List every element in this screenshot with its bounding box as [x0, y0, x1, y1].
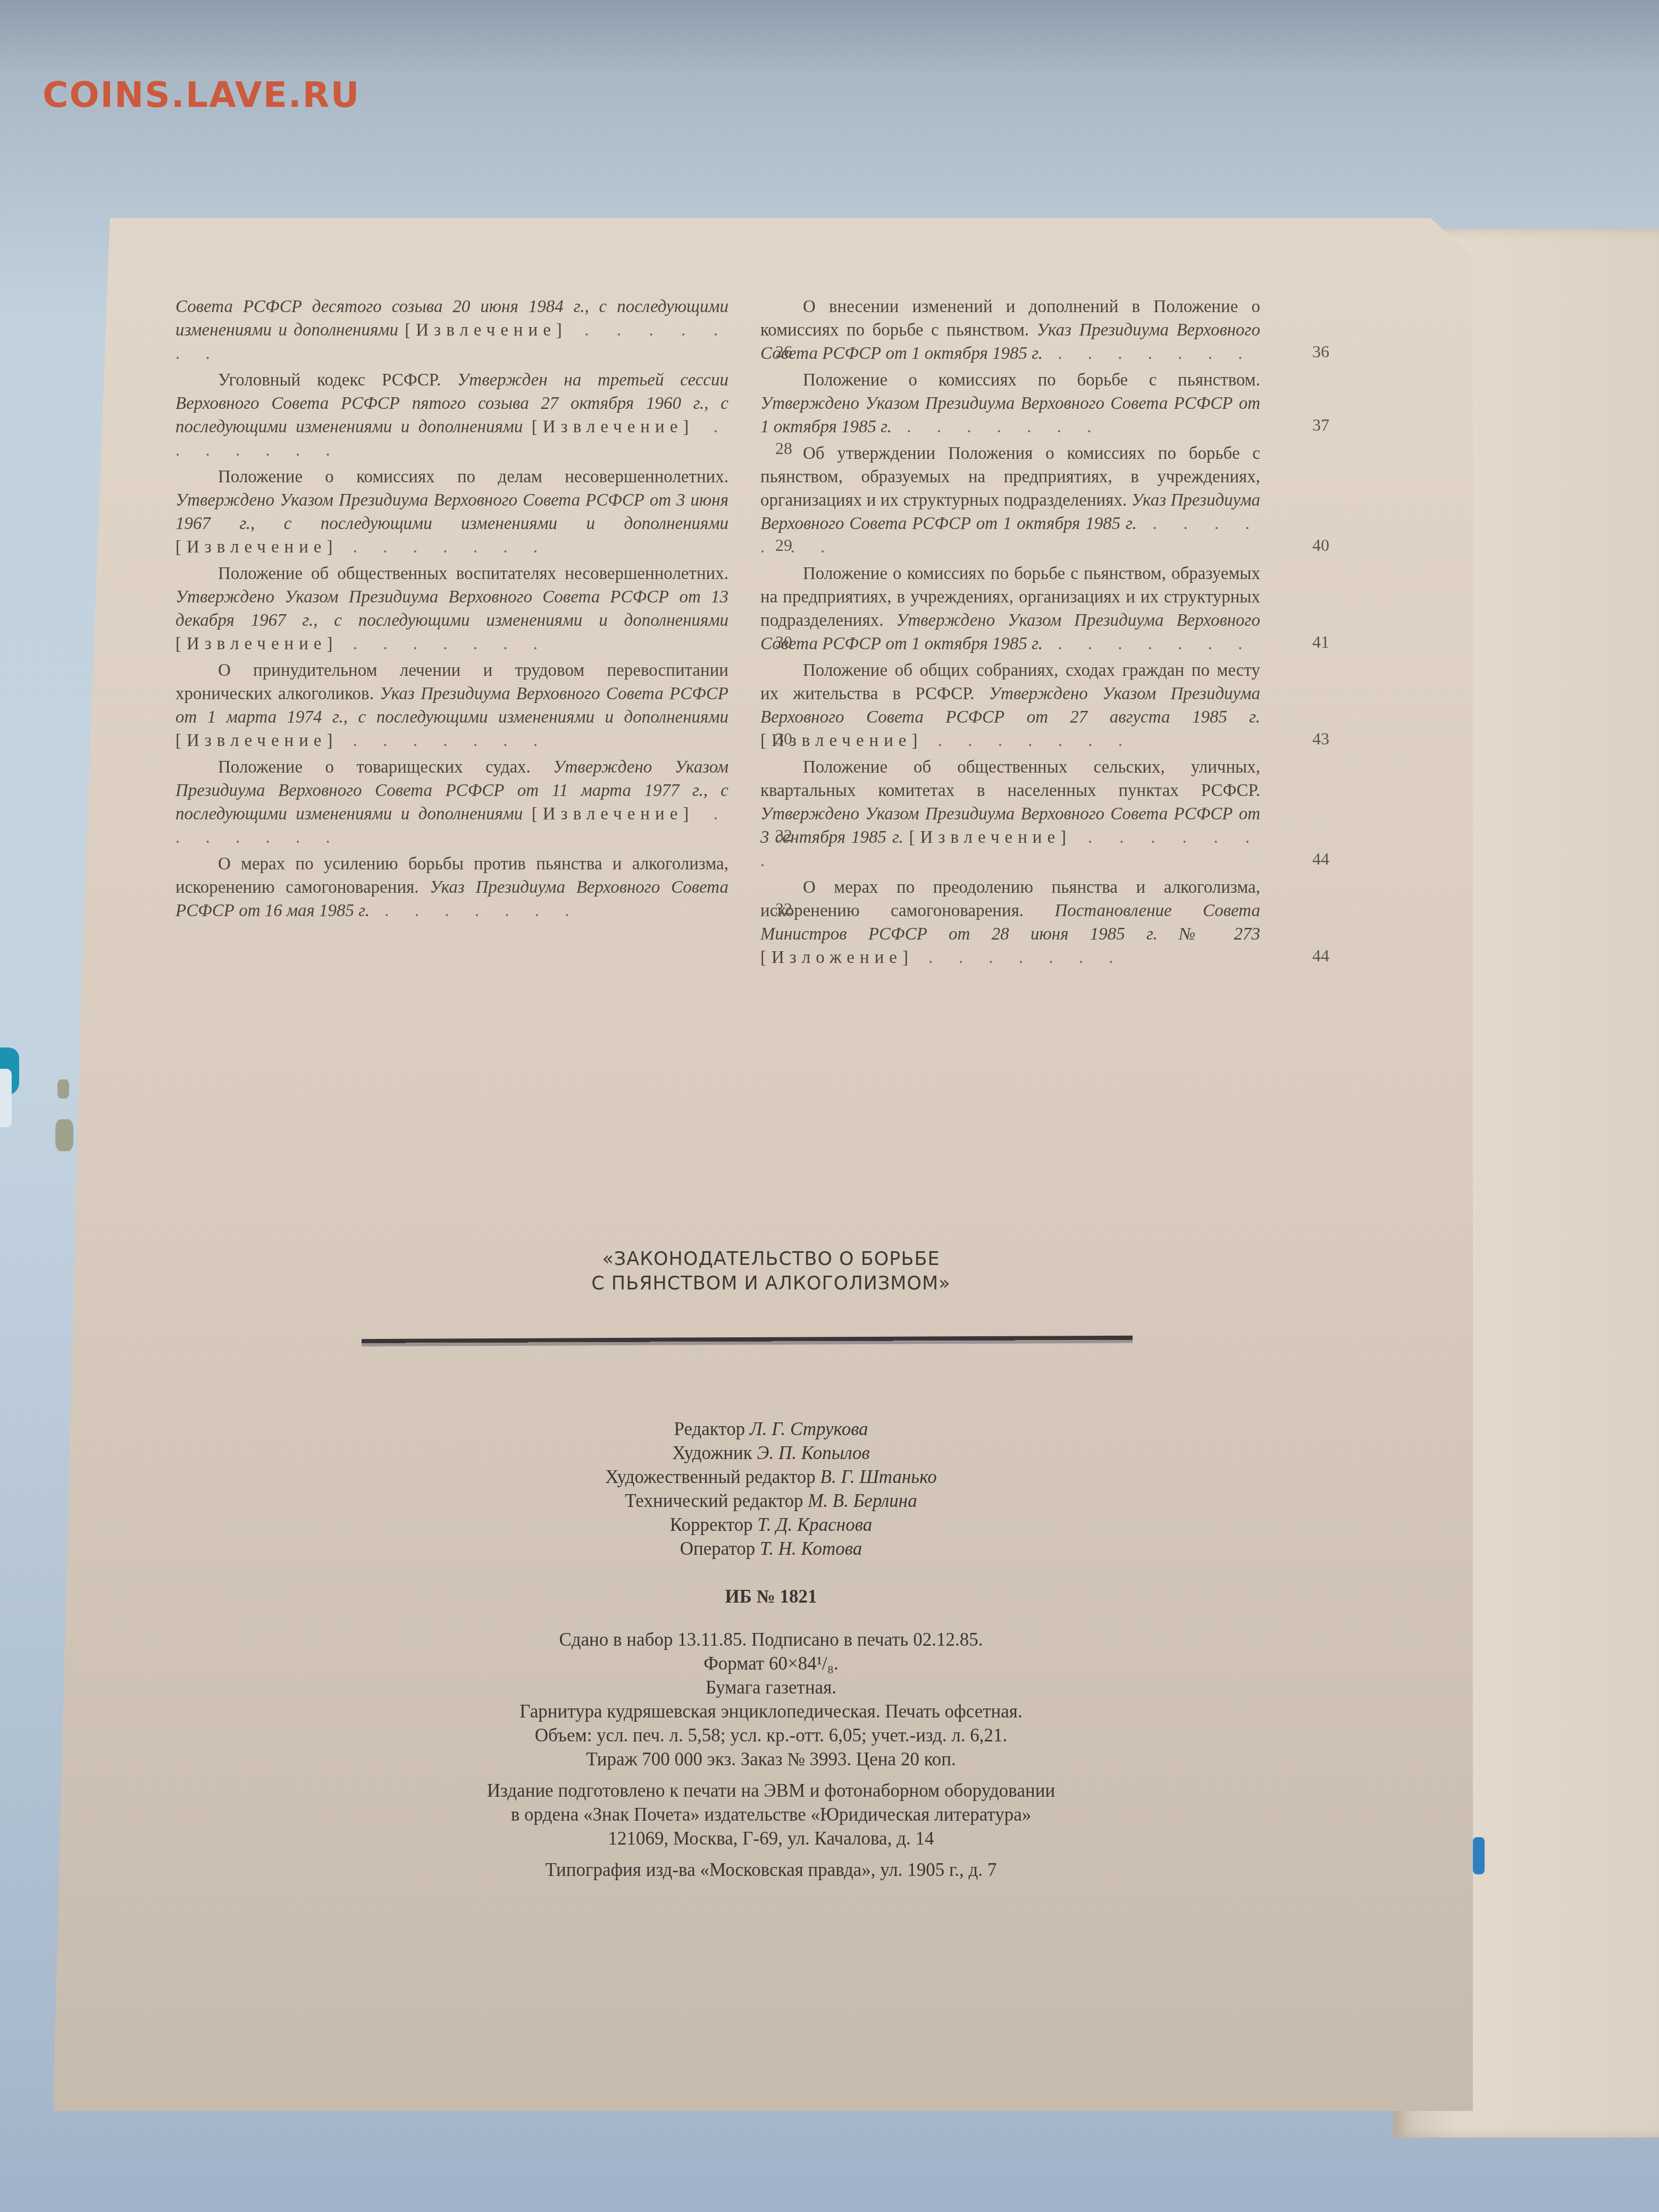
credit-role: Корректор [670, 1514, 753, 1535]
leader-dots: . . . . . . . [914, 948, 1124, 967]
credit-line: Художник Э. П. Копылов [479, 1441, 1063, 1465]
credit-line: Технический редактор М. В. Берлина [479, 1489, 1063, 1513]
toc-entry: Положение об общих собраниях, сходах гра… [760, 659, 1260, 752]
credit-role: Технический редактор [625, 1490, 803, 1511]
imprint-line: Сдано в набор 13.11.85. Подписано в печа… [319, 1628, 1223, 1652]
toc-page-number: 36 [1312, 340, 1329, 363]
toc-page-number: 44 [1312, 944, 1329, 967]
toc-entry: О мерах по преодолению пьянства и алкого… [760, 876, 1260, 969]
leader-dots: . . . . . . . [338, 731, 549, 750]
site-watermark: COINS.LAVE.RU [43, 74, 360, 115]
blue-ink-mark [1473, 1837, 1485, 1874]
credit-line: Оператор Т. Н. Котова [479, 1537, 1063, 1561]
credit-line: Художественный редактор В. Г. Штанько [479, 1465, 1063, 1489]
publisher-line: 121069, Москва, Г-69, ул. Качалова, д. 1… [319, 1826, 1223, 1850]
toc-entry: Уголовный кодекс РСФСР. Утвержден на тре… [175, 368, 728, 462]
toc-entry-title: Совета РСФСР десятого созыва 20 июня 198… [175, 295, 728, 365]
credit-role: Художественный редактор [605, 1467, 816, 1487]
toc-column-right: О внесении изменений и дополнений в Поло… [760, 295, 1260, 973]
credit-role: Художник [672, 1443, 752, 1463]
toc-entry-title: О принудительном лечении и трудовом пере… [175, 659, 728, 752]
imprint-block: ИБ № 1821 Сдано в набор 13.11.85. Подпис… [319, 1585, 1223, 1882]
credit-line: Корректор Т. Д. Краснова [479, 1513, 1063, 1537]
leader-dots: . . . . . . . [370, 901, 580, 920]
leader-dots: . . . . . . . [1043, 344, 1253, 363]
imprint-line: Гарнитура кудряшевская энциклопедическая… [319, 1699, 1223, 1723]
toc-entry-title: О внесении изменений и дополнений в Поло… [760, 295, 1260, 365]
toc-entry-title: Положение об общественных воспитателях н… [175, 562, 728, 656]
credit-role: Оператор [680, 1538, 756, 1559]
credit-name: М. В. Берлина [808, 1490, 917, 1511]
imprint-line: Бумага газетная. [319, 1675, 1223, 1699]
toc-entry-title: Уголовный кодекс РСФСР. Утвержден на тре… [175, 368, 728, 462]
toc-entry: О внесении изменений и дополнений в Поло… [760, 295, 1260, 365]
toc-entry: Положение о комиссиях по борьбе с пьянст… [760, 562, 1260, 656]
leader-dots: . . . . . . . [1043, 634, 1253, 653]
credits-block: Редактор Л. Г. Струкова Художник Э. П. К… [479, 1417, 1063, 1561]
toc-entry: О мерах по усилению борьбы против пьянст… [175, 852, 728, 923]
publisher-line: в ордена «Знак Почета» издательстве «Юри… [319, 1803, 1223, 1826]
toc-entry-title: Положение о комиссиях по делам несоверше… [175, 465, 728, 559]
toc-column-left: Совета РСФСР десятого созыва 20 июня 198… [175, 295, 728, 926]
toc-entry: Положение об общественных сельских, улич… [760, 756, 1260, 873]
imprint-line: Объем: усл. печ. л. 5,58; усл. кр.-отт. … [319, 1723, 1223, 1747]
credit-role: Редактор [674, 1419, 745, 1439]
toc-entry: Положение о товарищеских судах. Утвержде… [175, 756, 728, 849]
toc-entry: Об утверждении Положения о комиссиях по … [760, 442, 1260, 559]
publisher-line: Издание подготовлено к печати на ЭВМ и ф… [319, 1779, 1223, 1803]
credit-name: В. Г. Штанько [820, 1467, 937, 1487]
credit-line: Редактор Л. Г. Струкова [479, 1417, 1063, 1441]
leader-dots: . . . . . . . [338, 538, 549, 557]
toc-entry-title: Положение о товарищеских судах. Утвержде… [175, 756, 728, 849]
leader-dots: . . . . . . . [892, 417, 1102, 437]
toc-entry-title: О мерах по усилению борьбы против пьянст… [175, 852, 728, 923]
toc-page-number: 40 [1312, 533, 1329, 557]
series-title-line-1: «ЗАКОНОДАТЕЛЬСТВО О БОРЬБЕ [532, 1247, 1010, 1271]
imprint-line: Формат 60×84¹/₈. [319, 1652, 1223, 1675]
series-title: «ЗАКОНОДАТЕЛЬСТВО О БОРЬБЕ С ПЬЯНСТВОМ И… [532, 1247, 1010, 1296]
toc-entry: Положение о комиссиях по борьбе с пьянст… [760, 368, 1260, 439]
credit-name: Э. П. Копылов [757, 1443, 870, 1463]
credit-name: Л. Г. Струкова [750, 1419, 868, 1439]
imprint-line: Тираж 700 000 экз. Заказ № 3993. Цена 20… [319, 1747, 1223, 1771]
toc-entry-title: Положение о комиссиях по борьбе с пьянст… [760, 368, 1260, 439]
series-title-line-2: С ПЬЯНСТВОМ И АЛКОГОЛИЗМОМ» [532, 1271, 1010, 1296]
toc-entry-title: О мерах по преодолению пьянства и алкого… [760, 876, 1260, 969]
leader-dots: . . . . . . . [923, 731, 1134, 750]
toc-entry: Совета РСФСР десятого созыва 20 июня 198… [175, 295, 728, 365]
toc-entry-title: Положение об общих собраниях, сходах гра… [760, 659, 1260, 752]
credit-name: Т. Д. Краснова [758, 1514, 873, 1535]
toc-entry-title: Положение о комиссиях по борьбе с пьянст… [760, 562, 1260, 656]
toc-page-number: 43 [1312, 727, 1329, 750]
toc-entry-title: Об утверждении Положения о комиссиях по … [760, 442, 1260, 559]
leader-dots: . . . . . . . [338, 634, 549, 653]
toc-entry-title: Положение об общественных сельских, улич… [760, 756, 1260, 873]
toc-entry: Положение о комиссиях по делам несоверше… [175, 465, 728, 559]
glue-stain [57, 1079, 69, 1099]
toc-entry: О принудительном лечении и трудовом пере… [175, 659, 728, 752]
toc-page-number: 41 [1312, 630, 1329, 653]
toc-page-number: 37 [1312, 413, 1329, 437]
printer-line: Типография изд-ва «Московская правда», у… [319, 1858, 1223, 1882]
credit-name: Т. Н. Котова [760, 1538, 862, 1559]
paper-scrap [0, 1069, 12, 1127]
toc-page-number: 44 [1312, 847, 1329, 870]
glue-stain [55, 1119, 73, 1151]
ib-number: ИБ № 1821 [319, 1585, 1223, 1608]
toc-entry: Положение об общественных воспитателях н… [175, 562, 728, 656]
